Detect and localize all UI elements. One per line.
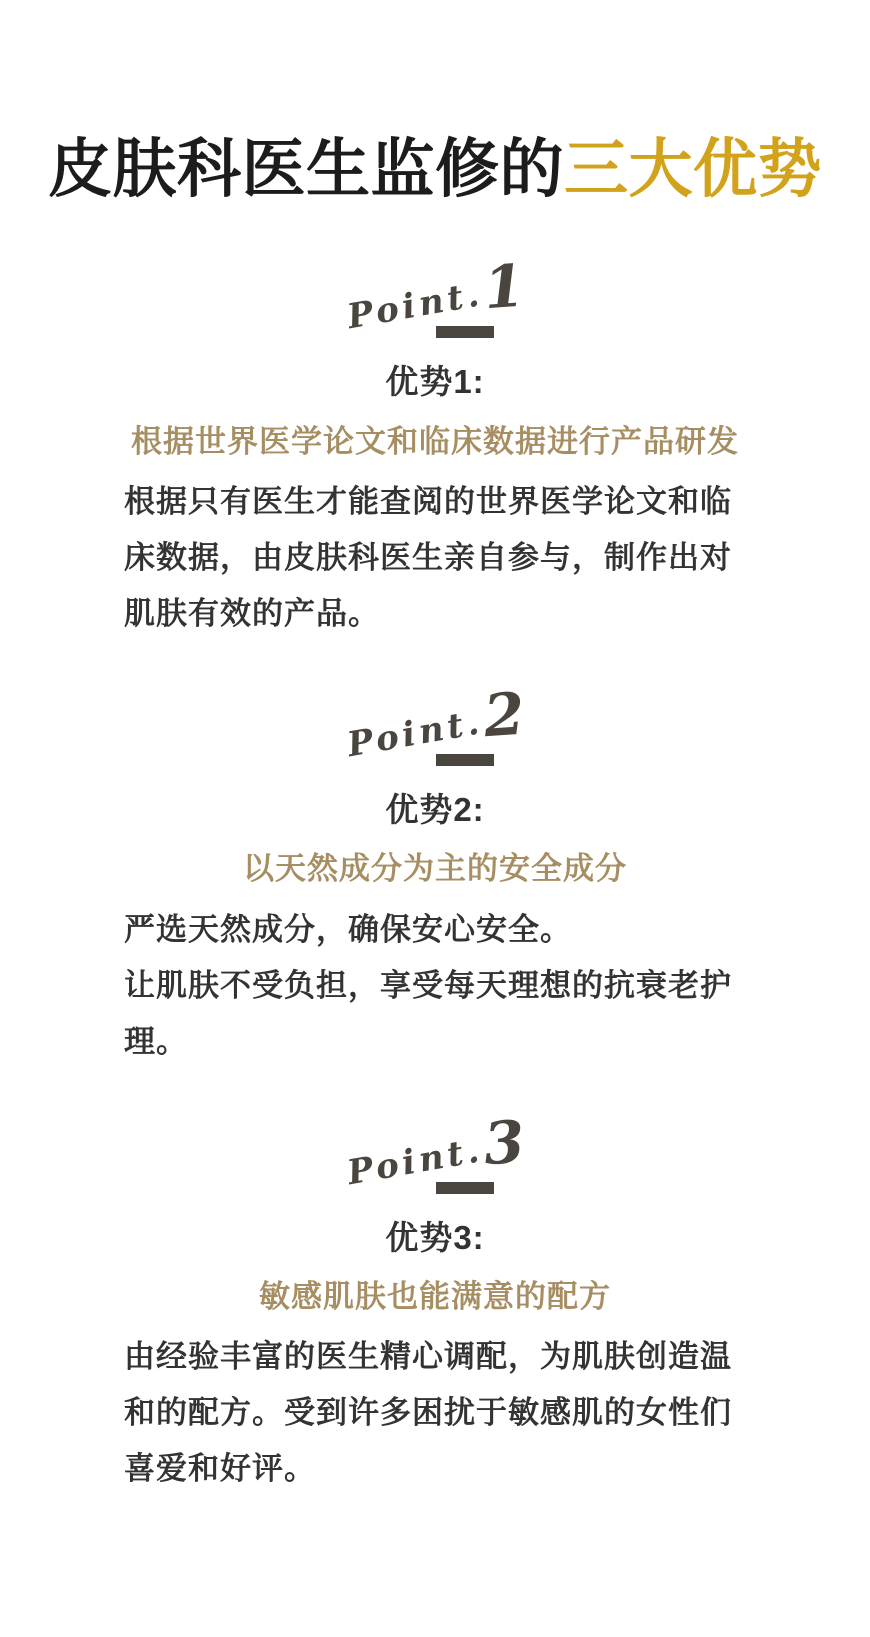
- advantage-body: 根据只有医生才能查阅的世界医学论文和临床数据，由皮肤科医生亲自参与，制作出对肌肤…: [124, 474, 746, 642]
- page-title-black-part: 皮肤科医生监修的: [48, 134, 564, 205]
- point-script-1: Point.1: [342, 255, 528, 343]
- advantage-subtitle: 以天然成分为主的安全成分: [0, 850, 870, 887]
- advantage-body: 严选天然成分，确保安心安全。 让肌肤不受负担，享受每天理想的抗衰老护理。: [124, 902, 746, 1070]
- point-badge-2: Point.2: [0, 684, 870, 766]
- advantage-body: 由经验丰富的医生精心调配，为肌肤创造温和的配方。受到许多困扰于敏感肌的女性们喜爱…: [124, 1329, 746, 1497]
- point-badge-1: Point.1: [0, 256, 870, 338]
- advantage-heading: 优势1:: [0, 362, 870, 402]
- point-number: 1: [481, 257, 525, 318]
- advantage-subtitle: 根据世界医学论文和临床数据进行产品研发: [0, 423, 870, 460]
- advantage-section-1: Point.1 优势1: 根据世界医学论文和临床数据进行产品研发 根据只有医生才…: [0, 256, 870, 642]
- advantage-section-2: Point.2 优势2: 以天然成分为主的安全成分 严选天然成分，确保安心安全。…: [0, 684, 870, 1070]
- promo-page: 皮肤科医生监修的三大优势 Point.1 优势1: 根据世界医学论文和临床数据进…: [0, 0, 870, 1637]
- page-title-gold-part: 三大优势: [564, 134, 822, 205]
- point-script-3: Point.3: [342, 1110, 528, 1198]
- advantage-heading: 优势2:: [0, 790, 870, 830]
- point-underline-bar: [436, 326, 494, 338]
- advantage-heading: 优势3:: [0, 1218, 870, 1258]
- point-number: 2: [481, 684, 525, 745]
- page-title: 皮肤科医生监修的三大优势: [0, 126, 870, 214]
- point-underline-bar: [436, 1182, 494, 1194]
- advantage-subtitle: 敏感肌肤也能满意的配方: [0, 1278, 870, 1315]
- point-number: 3: [481, 1112, 525, 1173]
- point-badge-3: Point.3: [0, 1112, 870, 1194]
- point-script-2: Point.2: [342, 683, 528, 771]
- advantage-section-3: Point.3 优势3: 敏感肌肤也能满意的配方 由经验丰富的医生精心调配，为肌…: [0, 1112, 870, 1498]
- point-underline-bar: [436, 754, 494, 766]
